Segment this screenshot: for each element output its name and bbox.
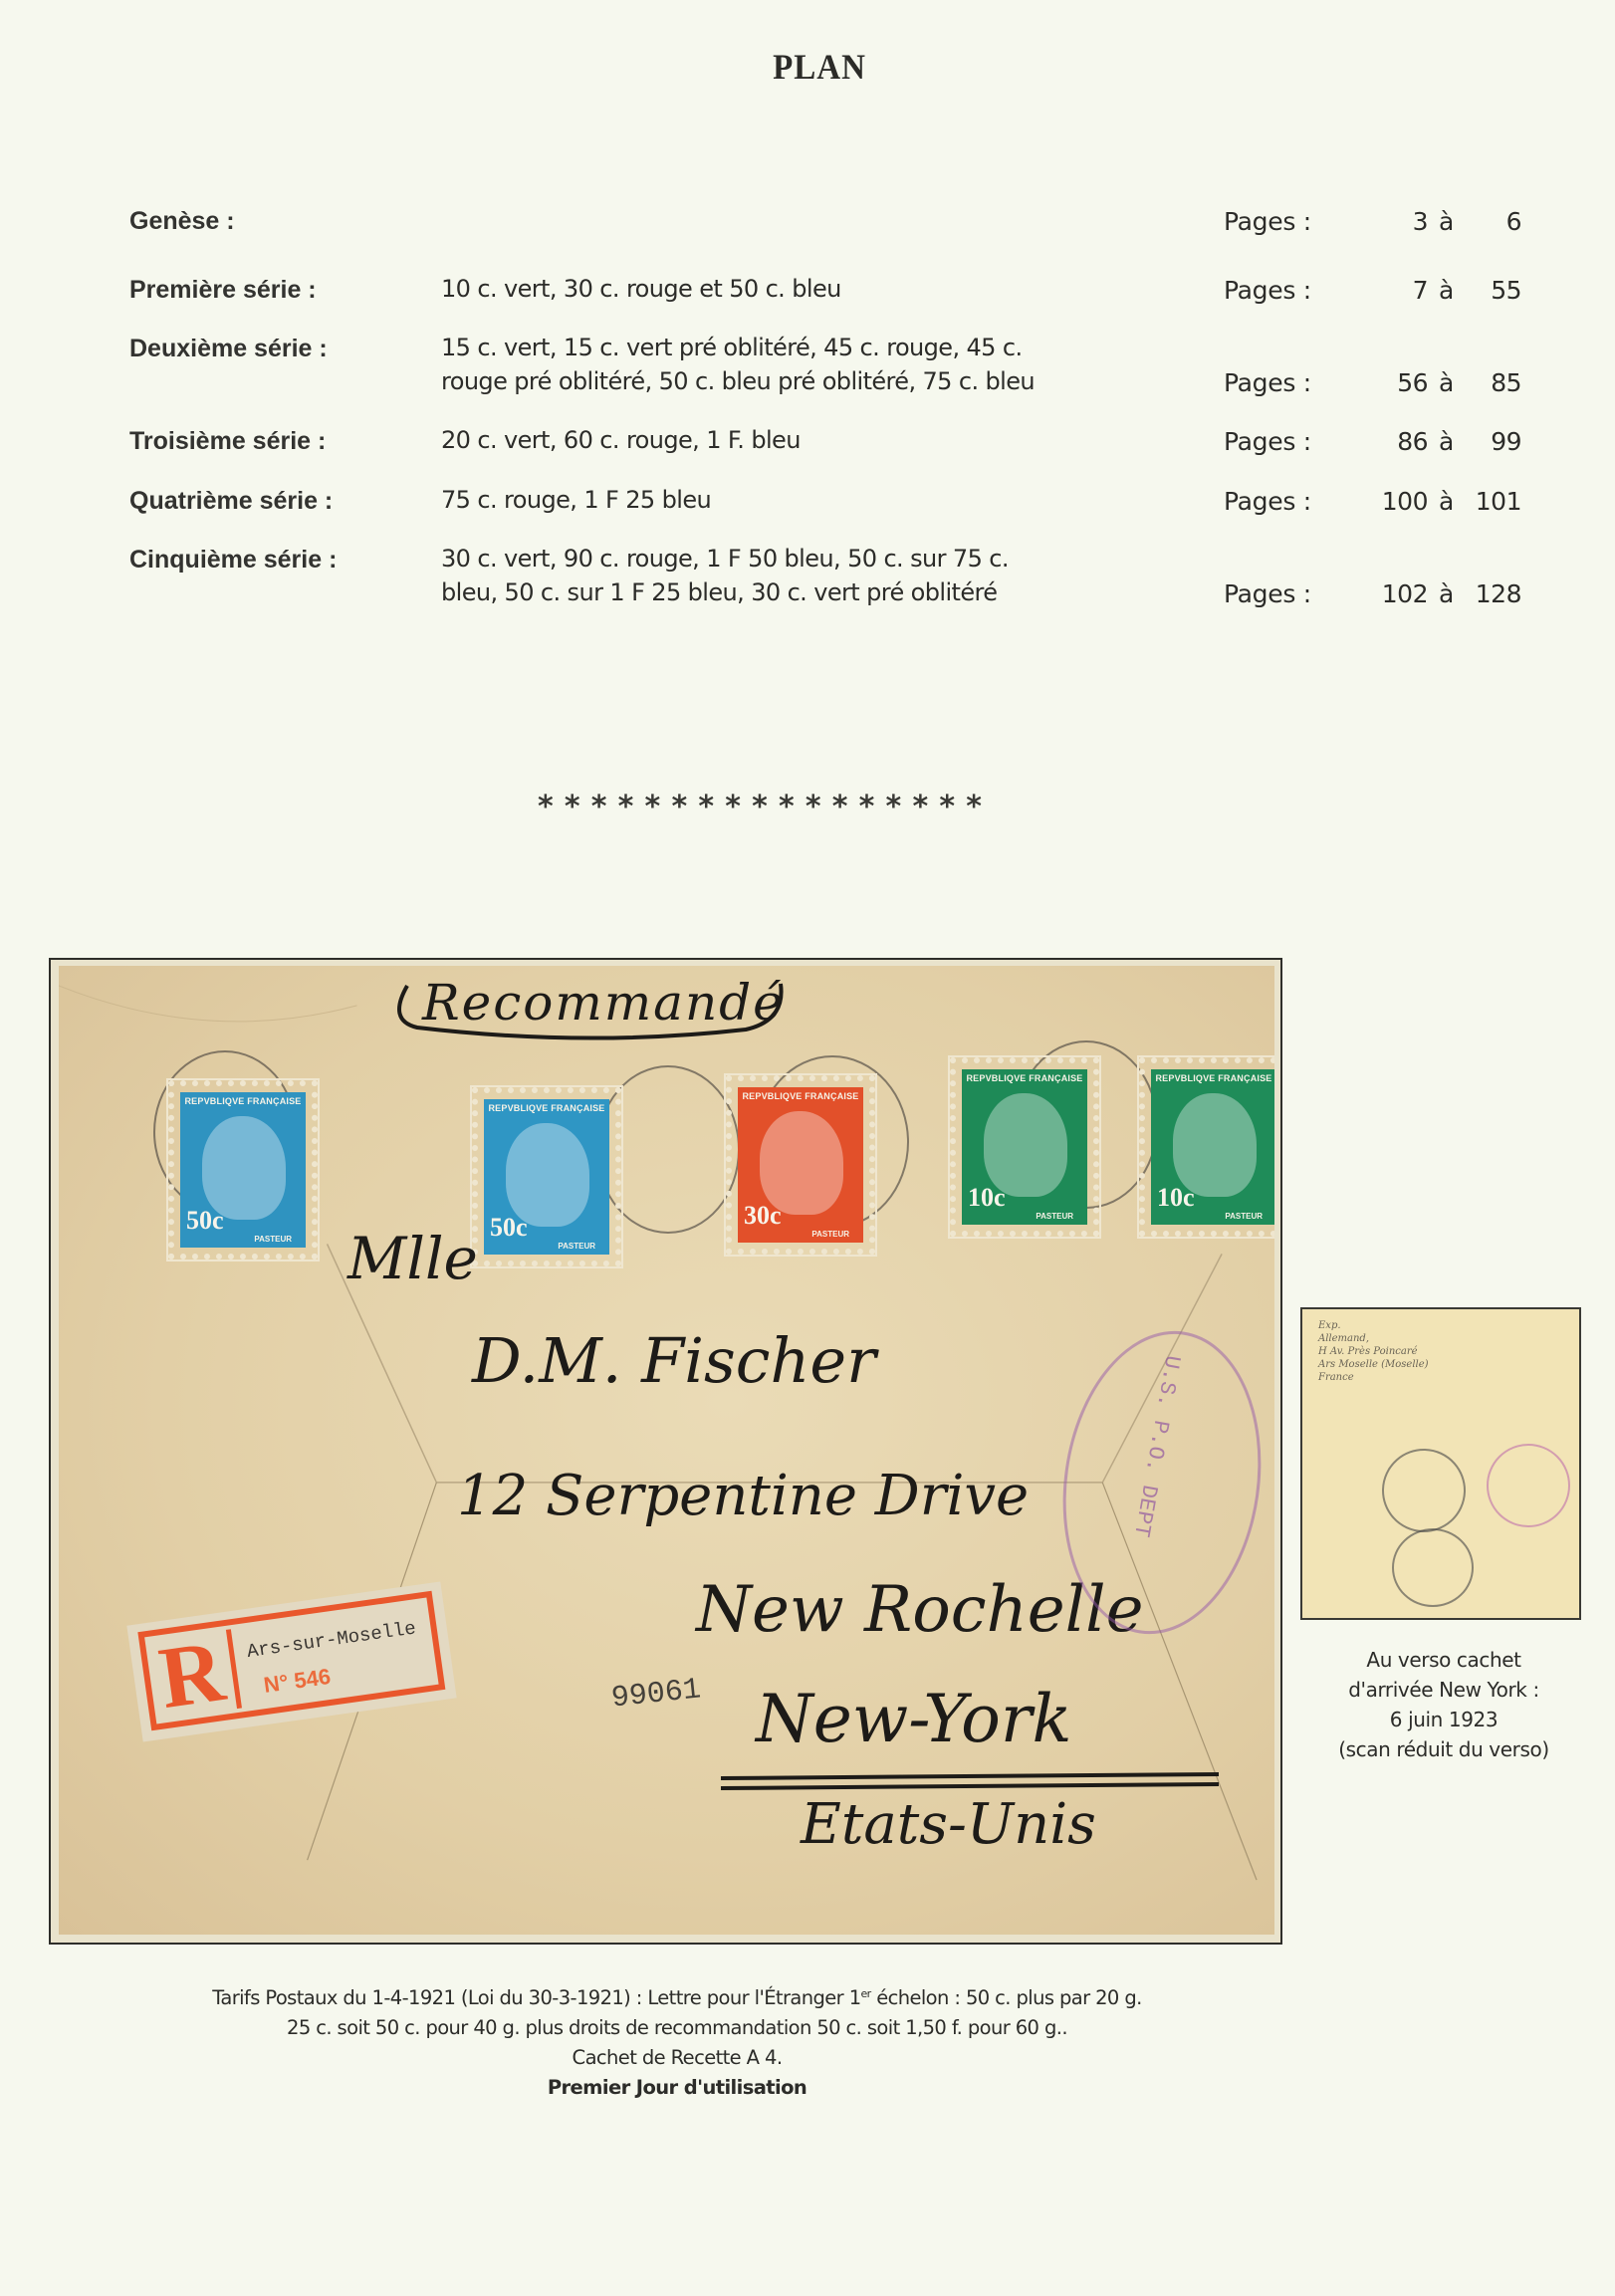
pages-label: Pages : — [1224, 579, 1311, 608]
verso-caption-line: (scan réduit du verso) — [1304, 1734, 1583, 1764]
pages-label: Pages : — [1224, 487, 1311, 516]
page-from: 3 — [1358, 207, 1428, 236]
page-to: 85 — [1452, 368, 1521, 397]
stamp-name: PASTEUR — [811, 1230, 849, 1239]
tariff-caption: Tarifs Postaux du 1-4-1921 (Loi du 30-3-… — [40, 1979, 1314, 2103]
new-york-postmark — [1370, 1437, 1478, 1544]
caption-line-1: Tarifs Postaux du 1-4-1921 (Loi du 30-3-… — [40, 1979, 1314, 2013]
postage-stamp: REPVBLIQVE FRANÇAISE50cPASTEUR — [472, 1087, 621, 1266]
caption-line-4: Premier Jour d'utilisation — [40, 2073, 1314, 2103]
page-from: 86 — [1358, 427, 1428, 456]
page-from: 100 — [1358, 487, 1428, 516]
stamp-value: 10c — [968, 1183, 1006, 1213]
page-to: 128 — [1452, 579, 1521, 608]
page-to: 55 — [1452, 276, 1521, 305]
pages-label: Pages : — [1224, 427, 1311, 456]
registration-town: Ars-sur-Moselle — [246, 1617, 417, 1663]
series-label: Cinquième série : — [129, 546, 337, 574]
page-to: 101 — [1452, 487, 1521, 516]
pages-label: Pages : — [1224, 368, 1311, 397]
series-label: Quatrième série : — [129, 487, 333, 516]
sender-handwriting: Exp.Allemand,H Av. Près PoincaréArs Mose… — [1318, 1319, 1429, 1384]
registration-letter: R — [153, 1621, 230, 1729]
page-from: 7 — [1358, 276, 1428, 305]
stamp-country: REPVBLIQVE FRANÇAISE — [1151, 1073, 1274, 1083]
address-salutation: Mlle — [347, 1225, 478, 1292]
caption-line-3: Cachet de Recette A 4. — [40, 2043, 1314, 2073]
label-divider — [226, 1629, 242, 1709]
pages-label: Pages : — [1224, 276, 1311, 305]
registration-number: N° 546 — [262, 1664, 332, 1699]
stamp-country: REPVBLIQVE FRANÇAISE — [180, 1096, 306, 1106]
stamp-name: PASTEUR — [558, 1242, 595, 1251]
pasteur-portrait-icon — [1173, 1093, 1257, 1197]
address-street: 12 Serpentine Drive — [457, 1464, 1029, 1528]
stamp-country: REPVBLIQVE FRANÇAISE — [738, 1091, 863, 1101]
new-rochelle-postmark — [1487, 1444, 1570, 1527]
page-from: 102 — [1358, 579, 1428, 608]
series-label: Deuxième série : — [129, 335, 328, 363]
postage-stamp: REPVBLIQVE FRANÇAISE30cPASTEUR — [726, 1075, 875, 1255]
postage-stamp: REPVBLIQVE FRANÇAISE10cPASTEUR — [950, 1057, 1099, 1237]
stamp-country: REPVBLIQVE FRANÇAISE — [962, 1073, 1087, 1083]
postage-stamp: REPVBLIQVE FRANÇAISE50cPASTEUR — [168, 1080, 318, 1260]
page-from: 56 — [1358, 368, 1428, 397]
series-description: 15 c. vert, 15 c. vert pré oblitéré, 45 … — [441, 331, 1178, 398]
new-york-postmark — [1392, 1528, 1474, 1607]
pasteur-portrait-icon — [984, 1093, 1067, 1197]
caption-line-2: 25 c. soit 50 c. pour 40 g. plus droits … — [40, 2013, 1314, 2043]
series-description: 30 c. vert, 90 c. rouge, 1 F 50 bleu, 50… — [441, 542, 1178, 609]
verso-thumbnail: Exp.Allemand,H Av. Près PoincaréArs Mose… — [1300, 1307, 1581, 1620]
verso-caption: Au verso cachetd'arrivée New York :6 jui… — [1304, 1645, 1583, 1764]
stamp-country: REPVBLIQVE FRANÇAISE — [484, 1103, 609, 1113]
series-description: 20 c. vert, 60 c. rouge, 1 F. bleu — [441, 423, 1178, 457]
address-country: Etats-Unis — [801, 1792, 1096, 1857]
pages-label: Pages : — [1224, 207, 1311, 236]
page-to: 6 — [1452, 207, 1521, 236]
stamp-name: PASTEUR — [1225, 1212, 1263, 1221]
stamp-name: PASTEUR — [254, 1235, 292, 1244]
address-city: New Rochelle — [696, 1573, 1143, 1647]
verso-caption-line: Au verso cachet — [1304, 1645, 1583, 1675]
page-title: PLAN — [0, 48, 1615, 89]
verso-caption-line: d'arrivée New York : — [1304, 1675, 1583, 1705]
pasteur-portrait-icon — [506, 1123, 589, 1227]
pasteur-portrait-icon — [760, 1111, 843, 1215]
stamp-value: 30c — [744, 1201, 782, 1231]
address-state: New-York — [756, 1681, 1071, 1757]
series-description: 75 c. rouge, 1 F 25 bleu — [441, 483, 1178, 517]
address-name: D.M. Fischer — [472, 1324, 876, 1397]
series-label: Genèse : — [129, 207, 235, 236]
envelope-frame: Recommandé REPVBLIQVE FRANÇAISE50cPASTEU… — [49, 958, 1282, 1945]
verso-caption-line: 6 juin 1923 — [1304, 1705, 1583, 1734]
stamp-value: 50c — [490, 1213, 528, 1243]
stamp-name: PASTEUR — [1036, 1212, 1073, 1221]
postage-stamp: REPVBLIQVE FRANÇAISE10cPASTEUR — [1139, 1057, 1274, 1237]
separator-asterisks: ***************** — [538, 790, 1095, 824]
stamp-value: 10c — [1157, 1183, 1195, 1213]
page-to: 99 — [1452, 427, 1521, 456]
series-description: 10 c. vert, 30 c. rouge et 50 c. bleu — [441, 272, 1178, 306]
envelope-cover: Recommandé REPVBLIQVE FRANÇAISE50cPASTEU… — [59, 966, 1274, 1935]
series-label: Troisième série : — [129, 427, 326, 456]
annotation-bracket — [387, 966, 806, 1055]
stamp-value: 50c — [186, 1206, 224, 1236]
series-label: Première série : — [129, 276, 317, 305]
pasteur-portrait-icon — [202, 1116, 286, 1220]
